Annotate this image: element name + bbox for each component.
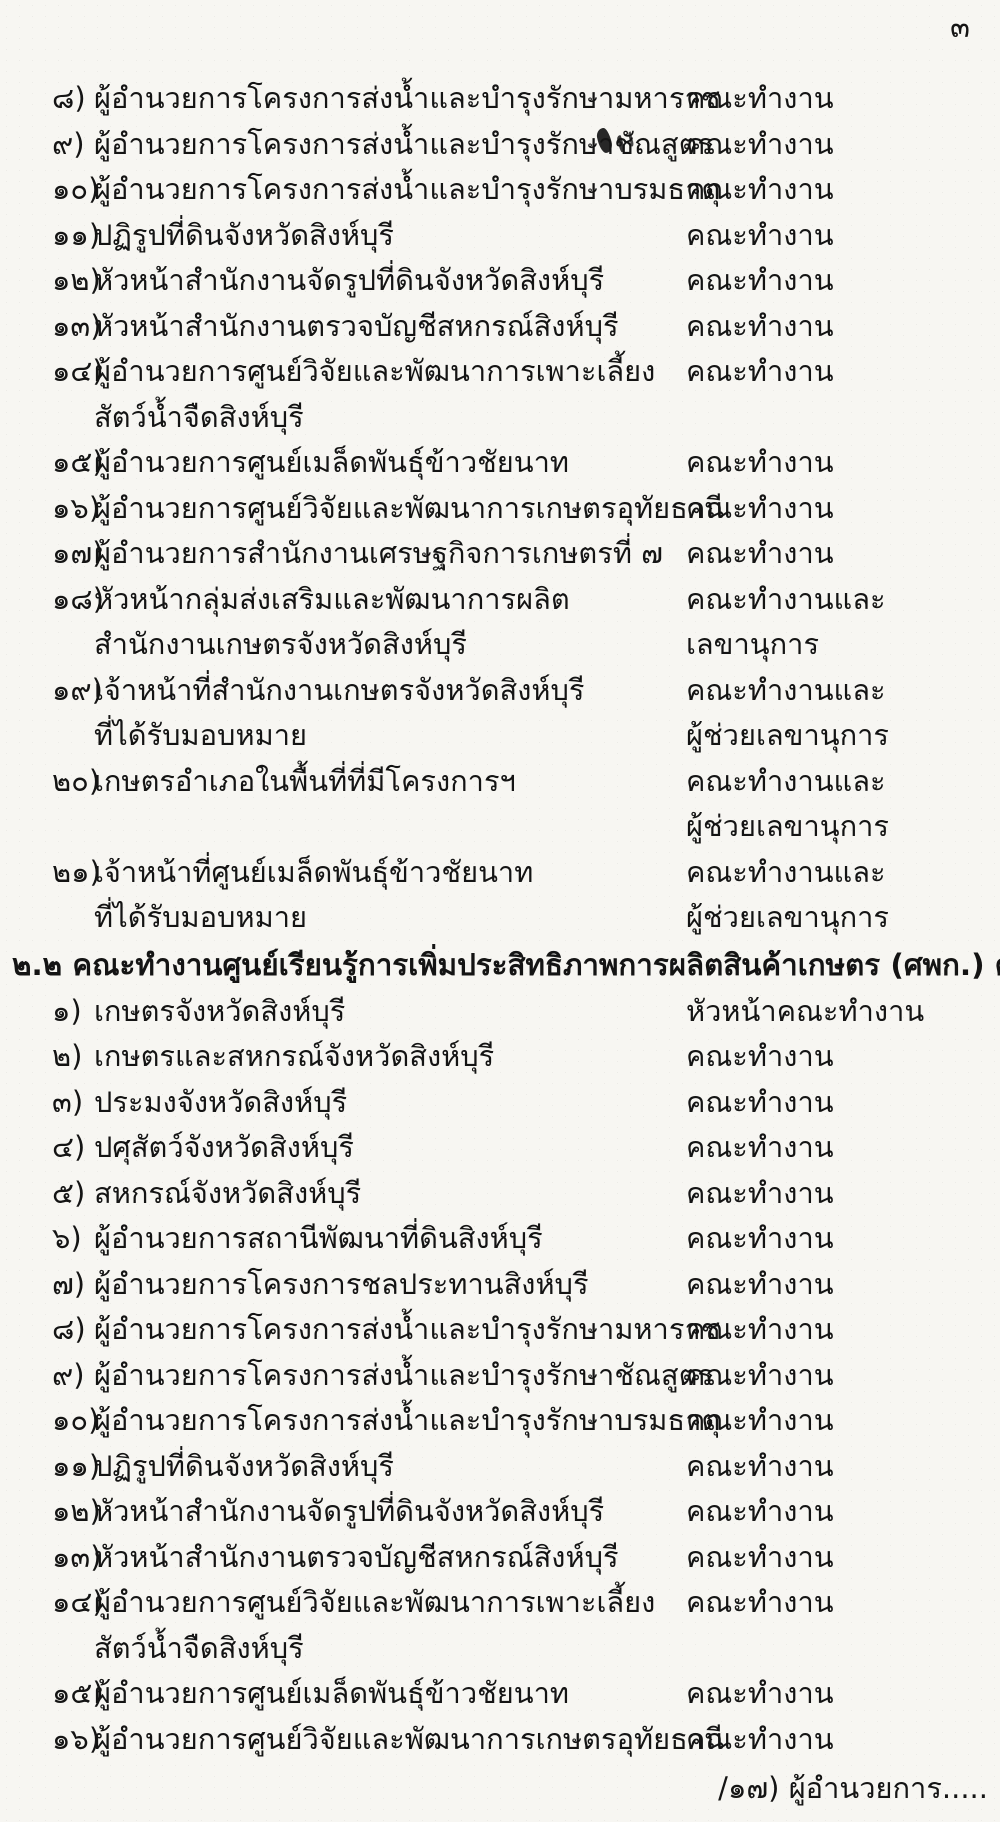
item-role: คณะทำงานและ ผู้ช่วยเลขานุการ [686,759,1000,850]
list-item: ๑๐) ผู้อำนวยการโครงการส่งน้ำและบำรุงรักษ… [0,167,1000,213]
item-position: เกษตรและสหกรณ์จังหวัดสิงห์บุรี [94,1034,686,1080]
item-role: คณะทำงาน [686,349,1000,395]
item-role-line1: คณะทำงาน [686,486,1000,532]
item-position-line1: หัวหน้าสำนักงานจัดรูปที่ดินจังหวัดสิงห์บ… [94,1489,686,1535]
item-position: สหกรณ์จังหวัดสิงห์บุรี [94,1171,686,1217]
item-role-line1: คณะทำงาน [686,440,1000,486]
item-number: ๑๔) [52,349,94,395]
item-role: คณะทำงาน [686,1034,1000,1080]
list-item: ๖) ผู้อำนวยการสถานีพัฒนาที่ดินสิงห์บุรี … [0,1216,1000,1262]
item-role-line1: คณะทำงาน [686,1080,1000,1126]
item-role-line2: ผู้ช่วยเลขานุการ [686,804,1000,850]
item-role: คณะทำงาน [686,76,1000,122]
item-role: คณะทำงาน [686,1580,1000,1626]
item-position: หัวหน้าสำนักงานจัดรูปที่ดินจังหวัดสิงห์บ… [94,1489,686,1535]
item-role-line2: เลขานุการ [686,622,1000,668]
item-position-line1: เจ้าหน้าที่สำนักงานเกษตรจังหวัดสิงห์บุรี [94,668,686,714]
item-role-line1: คณะทำงาน [686,1398,1000,1444]
item-position-line1: ผู้อำนวยการศูนย์วิจัยและพัฒนาการเกษตรอุท… [94,1717,686,1763]
item-role-line2: ผู้ช่วยเลขานุการ [686,713,1000,759]
item-position-line1: เกษตรอำเภอในพื้นที่ที่มีโครงการฯ [94,759,686,805]
item-role-line1: คณะทำงาน [686,1125,1000,1171]
list-item: ๑๗) ผู้อำนวยการสำนักงานเศรษฐกิจการเกษตรท… [0,531,1000,577]
item-position-line1: หัวหน้ากลุ่มส่งเสริมและพัฒนาการผลิต [94,577,686,623]
item-number: ๑๓) [52,304,94,350]
item-number: ๑๑) [52,213,94,259]
item-number: ๘) [52,1307,94,1353]
list-item: ๑๓) หัวหน้าสำนักงานตรวจบัญชีสหกรณ์สิงห์บ… [0,304,1000,350]
item-role-line1: คณะทำงาน [686,349,1000,395]
item-position: ผู้อำนวยการโครงการส่งน้ำและบำรุงรักษาชัณ… [94,1353,686,1399]
item-position-line1: ผู้อำนวยการโครงการชลประทานสิงห์บุรี [94,1262,686,1308]
item-role: คณะทำงาน [686,304,1000,350]
item-position-line1: ปศุสัตว์จังหวัดสิงห์บุรี [94,1125,686,1171]
item-position-line1: สหกรณ์จังหวัดสิงห์บุรี [94,1171,686,1217]
item-number: ๒) [52,1034,94,1080]
item-number: ๑๕) [52,440,94,486]
item-role: คณะทำงานและ ผู้ช่วยเลขานุการ [686,850,1000,941]
list-item: ๑๖) ผู้อำนวยการศูนย์วิจัยและพัฒนาการเกษต… [0,486,1000,532]
item-role: คณะทำงาน [686,122,1000,168]
item-role-line1: คณะทำงาน [686,1535,1000,1581]
item-role-line1: คณะทำงาน [686,1171,1000,1217]
item-position: ผู้อำนวยการโครงการส่งน้ำและบำรุงรักษามหา… [94,1307,686,1353]
item-role-line1: คณะทำงาน [686,1262,1000,1308]
list-item: ๑๕) ผู้อำนวยการศูนย์เมล็ดพันธุ์ข้าวชัยนา… [0,440,1000,486]
item-position: ผู้อำนวยการโครงการชลประทานสิงห์บุรี [94,1262,686,1308]
item-number: ๙) [52,122,94,168]
section-2-2-heading: ๒.๒ คณะทำงานศูนย์เรียนรู้การเพิ่มประสิทธ… [12,941,1000,989]
item-role: คณะทำงาน [686,1262,1000,1308]
item-position: ผู้อำนวยการโครงการส่งน้ำและบำรุงรักษาบรม… [94,1398,686,1444]
item-number: ๑๕) [52,1671,94,1717]
list-item: ๓) ประมงจังหวัดสิงห์บุรี คณะทำงาน [0,1080,1000,1126]
item-position-line2: ที่ได้รับมอบหมาย [94,713,686,759]
item-position: ผู้อำนวยการโครงการส่งน้ำและบำรุงรักษาบรม… [94,167,686,213]
item-number: ๑๙) [52,668,94,714]
item-position: เกษตรจังหวัดสิงห์บุรี [94,989,686,1035]
list-item: ๑๐) ผู้อำนวยการโครงการส่งน้ำและบำรุงรักษ… [0,1398,1000,1444]
item-position: ผู้อำนวยการศูนย์เมล็ดพันธุ์ข้าวชัยนาท [94,440,686,486]
item-role: คณะทำงาน [686,1307,1000,1353]
item-position-line1: ผู้อำนวยการโครงการส่งน้ำและบำรุงรักษาบรม… [94,167,686,213]
item-position: ผู้อำนวยการศูนย์เมล็ดพันธุ์ข้าวชัยนาท [94,1671,686,1717]
list-item: ๑๑) ปฏิรูปที่ดินจังหวัดสิงห์บุรี คณะทำงา… [0,1444,1000,1490]
item-number: ๑๘) [52,577,94,623]
list-item: ๑๒) หัวหน้าสำนักงานจัดรูปที่ดินจังหวัดสิ… [0,1489,1000,1535]
item-role: คณะทำงาน [686,1398,1000,1444]
list-item: ๗) ผู้อำนวยการโครงการชลประทานสิงห์บุรี ค… [0,1262,1000,1308]
item-position-line2: สัตว์น้ำจืดสิงห์บุรี [94,1626,686,1672]
item-position-line1: ผู้อำนวยการสถานีพัฒนาที่ดินสิงห์บุรี [94,1216,686,1262]
item-role: คณะทำงาน [686,167,1000,213]
list-item: ๑๑) ปฏิรูปที่ดินจังหวัดสิงห์บุรี คณะทำงา… [0,213,1000,259]
item-role-line1: คณะทำงาน [686,213,1000,259]
item-position-line1: เกษตรและสหกรณ์จังหวัดสิงห์บุรี [94,1034,686,1080]
item-position-line1: หัวหน้าสำนักงานตรวจบัญชีสหกรณ์สิงห์บุรี [94,1535,686,1581]
item-number: ๑๔) [52,1580,94,1626]
item-position-line1: ปฏิรูปที่ดินจังหวัดสิงห์บุรี [94,1444,686,1490]
item-role-line1: คณะทำงานและ [686,759,1000,805]
item-number: ๑) [52,989,94,1035]
item-role: คณะทำงาน [686,213,1000,259]
item-role-line1: คณะทำงาน [686,258,1000,304]
item-role: คณะทำงานและ เลขานุการ [686,577,1000,668]
list-item: ๘) ผู้อำนวยการโครงการส่งน้ำและบำรุงรักษา… [0,1307,1000,1353]
list-item: ๑๖) ผู้อำนวยการศูนย์วิจัยและพัฒนาการเกษต… [0,1717,1000,1763]
item-number: ๑๖) [52,1717,94,1763]
document-body: ๘) ผู้อำนวยการโครงการส่งน้ำและบำรุงรักษา… [0,76,1000,1762]
item-role-line1: คณะทำงาน [686,1034,1000,1080]
list-item: ๕) สหกรณ์จังหวัดสิงห์บุรี คณะทำงาน [0,1171,1000,1217]
list-item: ๑๙) เจ้าหน้าที่สำนักงานเกษตรจังหวัดสิงห์… [0,668,1000,759]
item-position: หัวหน้ากลุ่มส่งเสริมและพัฒนาการผลิต สำนั… [94,577,686,668]
item-role-line1: คณะทำงาน [686,1717,1000,1763]
item-position: หัวหน้าสำนักงานจัดรูปที่ดินจังหวัดสิงห์บ… [94,258,686,304]
list-item: ๒) เกษตรและสหกรณ์จังหวัดสิงห์บุรี คณะทำง… [0,1034,1000,1080]
item-role-line1: คณะทำงาน [686,76,1000,122]
item-position-line1: หัวหน้าสำนักงานตรวจบัญชีสหกรณ์สิงห์บุรี [94,304,686,350]
item-position: ปฏิรูปที่ดินจังหวัดสิงห์บุรี [94,213,686,259]
item-number: ๑๐) [52,1398,94,1444]
item-position: ผู้อำนวยการศูนย์วิจัยและพัฒนาการเกษตรอุท… [94,1717,686,1763]
item-role: คณะทำงาน [686,1125,1000,1171]
list-item: ๑) เกษตรจังหวัดสิงห์บุรี หัวหน้าคณะทำงาน [0,989,1000,1035]
item-number: ๒๐) [52,759,94,805]
list-item: ๒๐) เกษตรอำเภอในพื้นที่ที่มีโครงการฯ คณะ… [0,759,1000,850]
item-role-line1: คณะทำงาน [686,1307,1000,1353]
list-item: ๔) ปศุสัตว์จังหวัดสิงห์บุรี คณะทำงาน [0,1125,1000,1171]
list-item: ๑๒) หัวหน้าสำนักงานจัดรูปที่ดินจังหวัดสิ… [0,258,1000,304]
item-role: คณะทำงาน [686,486,1000,532]
item-position: ประมงจังหวัดสิงห์บุรี [94,1080,686,1126]
item-position-line1: ผู้อำนวยการโครงการส่งน้ำและบำรุงรักษาชัณ… [94,122,686,168]
item-position: ผู้อำนวยการสถานีพัฒนาที่ดินสิงห์บุรี [94,1216,686,1262]
item-number: ๙) [52,1353,94,1399]
item-position-line2: สัตว์น้ำจืดสิงห์บุรี [94,395,686,441]
item-position: หัวหน้าสำนักงานตรวจบัญชีสหกรณ์สิงห์บุรี [94,1535,686,1581]
item-position: ผู้อำนวยการโครงการส่งน้ำและบำรุงรักษามหา… [94,76,686,122]
item-number: ๑๗) [52,531,94,577]
item-position-line1: ผู้อำนวยการศูนย์วิจัยและพัฒนาการเพาะเลี้… [94,349,686,395]
item-number: ๓) [52,1080,94,1126]
list-item: ๙) ผู้อำนวยการโครงการส่งน้ำและบำรุงรักษา… [0,1353,1000,1399]
page-number: ๓ [950,4,970,50]
list-item: ๑๔) ผู้อำนวยการศูนย์วิจัยและพัฒนาการเพาะ… [0,349,1000,440]
item-role-line1: คณะทำงาน [686,1671,1000,1717]
item-role-line1: คณะทำงาน [686,1353,1000,1399]
item-role: คณะทำงาน [686,258,1000,304]
item-position-line1: ผู้อำนวยการศูนย์วิจัยและพัฒนาการเกษตรอุท… [94,486,686,532]
item-role: คณะทำงาน [686,1489,1000,1535]
working-group-list-2: ๑) เกษตรจังหวัดสิงห์บุรี หัวหน้าคณะทำงาน… [0,989,1000,1763]
continuation-footer: /๑๗) ผู้อำนวยการ..... [718,1766,988,1811]
item-role: คณะทำงาน [686,1535,1000,1581]
item-position-line2: ที่ได้รับมอบหมาย [94,895,686,941]
item-role: คณะทำงาน [686,1080,1000,1126]
item-position: เจ้าหน้าที่สำนักงานเกษตรจังหวัดสิงห์บุรี… [94,668,686,759]
item-position: ผู้อำนวยการศูนย์วิจัยและพัฒนาการเพาะเลี้… [94,1580,686,1671]
item-number: ๑๒) [52,1489,94,1535]
item-position-line1: ผู้อำนวยการโครงการส่งน้ำและบำรุงรักษาชัณ… [94,1353,686,1399]
list-item: ๒๑) เจ้าหน้าที่ศูนย์เมล็ดพันธุ์ข้าวชัยนา… [0,850,1000,941]
item-role-line1: คณะทำงาน [686,1216,1000,1262]
item-role: คณะทำงาน [686,1216,1000,1262]
item-role-line1: คณะทำงาน [686,531,1000,577]
working-group-list-1: ๘) ผู้อำนวยการโครงการส่งน้ำและบำรุงรักษา… [0,76,1000,941]
item-number: ๑๑) [52,1444,94,1490]
item-number: ๖) [52,1216,94,1262]
list-item: ๙) ผู้อำนวยการโครงการส่งน้ำและบำรุงรักษา… [0,122,1000,168]
item-position: หัวหน้าสำนักงานตรวจบัญชีสหกรณ์สิงห์บุรี [94,304,686,350]
item-role: หัวหน้าคณะทำงาน [686,989,1000,1035]
item-position-line1: ผู้อำนวยการโครงการส่งน้ำและบำรุงรักษามหา… [94,1307,686,1353]
item-number: ๗) [52,1262,94,1308]
item-number: ๑๒) [52,258,94,304]
item-position-line1: ผู้อำนวยการสำนักงานเศรษฐกิจการเกษตรที่ ๗ [94,531,686,577]
list-item: ๘) ผู้อำนวยการโครงการส่งน้ำและบำรุงรักษา… [0,76,1000,122]
item-role-line1: คณะทำงานและ [686,850,1000,896]
item-number: ๑๓) [52,1535,94,1581]
item-role-line1: คณะทำงาน [686,1444,1000,1490]
item-role-line1: คณะทำงานและ [686,668,1000,714]
item-role: คณะทำงาน [686,1717,1000,1763]
item-position-line2: สำนักงานเกษตรจังหวัดสิงห์บุรี [94,622,686,668]
item-position-line1: ผู้อำนวยการศูนย์เมล็ดพันธุ์ข้าวชัยนาท [94,440,686,486]
list-item: ๑๘) หัวหน้ากลุ่มส่งเสริมและพัฒนาการผลิต … [0,577,1000,668]
item-position: เกษตรอำเภอในพื้นที่ที่มีโครงการฯ [94,759,686,805]
item-position-line1: ปฏิรูปที่ดินจังหวัดสิงห์บุรี [94,213,686,259]
item-role-line1: คณะทำงานและ [686,577,1000,623]
item-position: เจ้าหน้าที่ศูนย์เมล็ดพันธุ์ข้าวชัยนาท ที… [94,850,686,941]
item-position-line1: ผู้อำนวยการศูนย์เมล็ดพันธุ์ข้าวชัยนาท [94,1671,686,1717]
item-role: คณะทำงาน [686,1353,1000,1399]
item-position: ผู้อำนวยการโครงการส่งน้ำและบำรุงรักษาชัณ… [94,122,686,168]
item-role: คณะทำงาน [686,1444,1000,1490]
item-number: ๔) [52,1125,94,1171]
item-role: คณะทำงานและ ผู้ช่วยเลขานุการ [686,668,1000,759]
item-number: ๕) [52,1171,94,1217]
list-item: ๑๔) ผู้อำนวยการศูนย์วิจัยและพัฒนาการเพาะ… [0,1580,1000,1671]
item-role: คณะทำงาน [686,1171,1000,1217]
item-role: คณะทำงาน [686,531,1000,577]
item-position-line1: เกษตรจังหวัดสิงห์บุรี [94,989,686,1035]
list-item: ๑๓) หัวหน้าสำนักงานตรวจบัญชีสหกรณ์สิงห์บ… [0,1535,1000,1581]
list-item: ๑๕) ผู้อำนวยการศูนย์เมล็ดพันธุ์ข้าวชัยนา… [0,1671,1000,1717]
item-number: ๘) [52,76,94,122]
item-role-line1: คณะทำงาน [686,167,1000,213]
item-role: คณะทำงาน [686,1671,1000,1717]
item-number: ๒๑) [52,850,94,896]
item-role-line1: คณะทำงาน [686,1489,1000,1535]
item-position: ผู้อำนวยการสำนักงานเศรษฐกิจการเกษตรที่ ๗ [94,531,686,577]
item-position: ผู้อำนวยการศูนย์วิจัยและพัฒนาการเพาะเลี้… [94,349,686,440]
item-role: คณะทำงาน [686,440,1000,486]
item-role-line1: หัวหน้าคณะทำงาน [686,989,1000,1035]
scanned-document-page: ๓ ๘) ผู้อำนวยการโครงการส่งน้ำและบำรุงรัก… [0,0,1000,1822]
item-number: ๑๖) [52,486,94,532]
item-position-line1: ผู้อำนวยการโครงการส่งน้ำและบำรุงรักษาบรม… [94,1398,686,1444]
item-number: ๑๐) [52,167,94,213]
item-position-line1: เจ้าหน้าที่ศูนย์เมล็ดพันธุ์ข้าวชัยนาท [94,850,686,896]
item-role-line1: คณะทำงาน [686,1580,1000,1626]
item-role-line1: คณะทำงาน [686,304,1000,350]
item-position-line1: ผู้อำนวยการโครงการส่งน้ำและบำรุงรักษามหา… [94,76,686,122]
item-role-line2: ผู้ช่วยเลขานุการ [686,895,1000,941]
item-position-line1: ผู้อำนวยการศูนย์วิจัยและพัฒนาการเพาะเลี้… [94,1580,686,1626]
item-position: ปศุสัตว์จังหวัดสิงห์บุรี [94,1125,686,1171]
item-position-line1: หัวหน้าสำนักงานจัดรูปที่ดินจังหวัดสิงห์บ… [94,258,686,304]
item-position-line1: ประมงจังหวัดสิงห์บุรี [94,1080,686,1126]
item-position: ผู้อำนวยการศูนย์วิจัยและพัฒนาการเกษตรอุท… [94,486,686,532]
item-role-line1: คณะทำงาน [686,122,1000,168]
item-position: ปฏิรูปที่ดินจังหวัดสิงห์บุรี [94,1444,686,1490]
